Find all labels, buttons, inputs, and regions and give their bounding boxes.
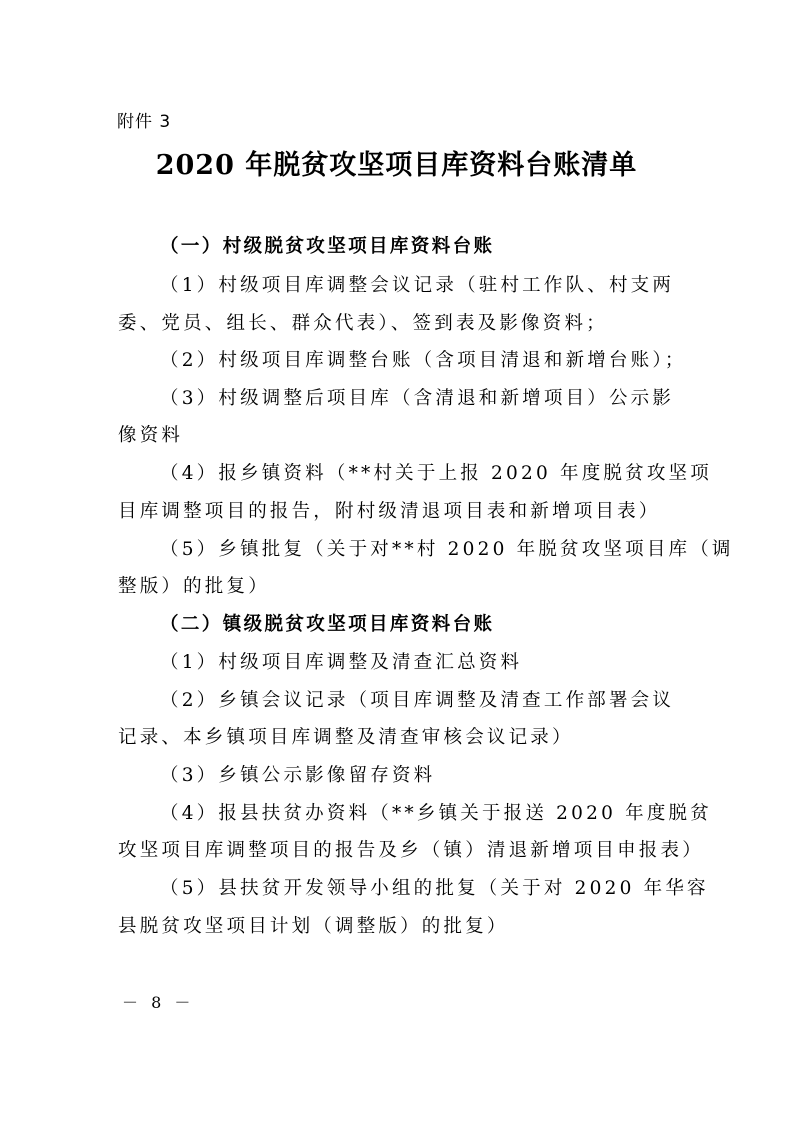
paragraph-line: 委、党员、组长、群众代表）、签到表及影像资料； — [118, 309, 608, 335]
paragraph-line: 县脱贫攻坚项目计划（调整版）的批复） — [118, 912, 509, 938]
paragraph-line: （2）村级项目库调整台账（含项目清退和新增台账）； — [160, 346, 687, 372]
paragraph-line: （3）乡镇公示影像留存资料 — [160, 761, 435, 787]
paragraph-line: （5）县扶贫开发领导小组的批复（关于对 2020 年华容 — [160, 874, 709, 900]
paragraph-line: 记录、本乡镇项目库调整及清查审核会议记录） — [118, 723, 574, 749]
document-title: 2020 年脱贫攻坚项目库资料台账清单 — [0, 143, 793, 182]
section-1-heading: （一）村级脱贫攻坚项目库资料台账 — [160, 232, 494, 258]
paragraph-line: （5）乡镇批复（关于对**村 2020 年脱贫攻坚项目库（调 — [160, 535, 734, 561]
page-number: － 8 － — [122, 990, 194, 1013]
paragraph-line: （4）报县扶贫办资料（**乡镇关于报送 2020 年度脱贫 — [160, 799, 712, 825]
paragraph-line: （2）乡镇会议记录（项目库调整及清查工作部署会议 — [160, 686, 674, 712]
paragraph-line: （4）报乡镇资料（**村关于上报 2020 年度脱贫攻坚项 — [160, 459, 712, 485]
attachment-label: 附件 3 — [117, 107, 171, 132]
paragraph-line: 目库调整项目的报告，附村级清退项目表和新增项目表） — [118, 497, 661, 523]
paragraph-line: 攻坚项目库调整项目的报告及乡（镇）清退新增项目申报表） — [118, 836, 704, 862]
paragraph-line: （1）村级项目库调整及清查汇总资料 — [160, 648, 522, 674]
paragraph-line: 像资料 — [118, 421, 183, 447]
document-page: 附件 3 2020 年脱贫攻坚项目库资料台账清单 （一）村级脱贫攻坚项目库资料台… — [0, 0, 793, 1122]
paragraph-line: （1）村级项目库调整会议记录（驻村工作队、村支两 — [160, 271, 674, 297]
paragraph-line: （3）村级调整后项目库（含清退和新增项目）公示影 — [160, 384, 674, 410]
section-2-heading: （二）镇级脱贫攻坚项目库资料台账 — [160, 610, 494, 636]
paragraph-line: 整版）的批复） — [118, 572, 270, 598]
